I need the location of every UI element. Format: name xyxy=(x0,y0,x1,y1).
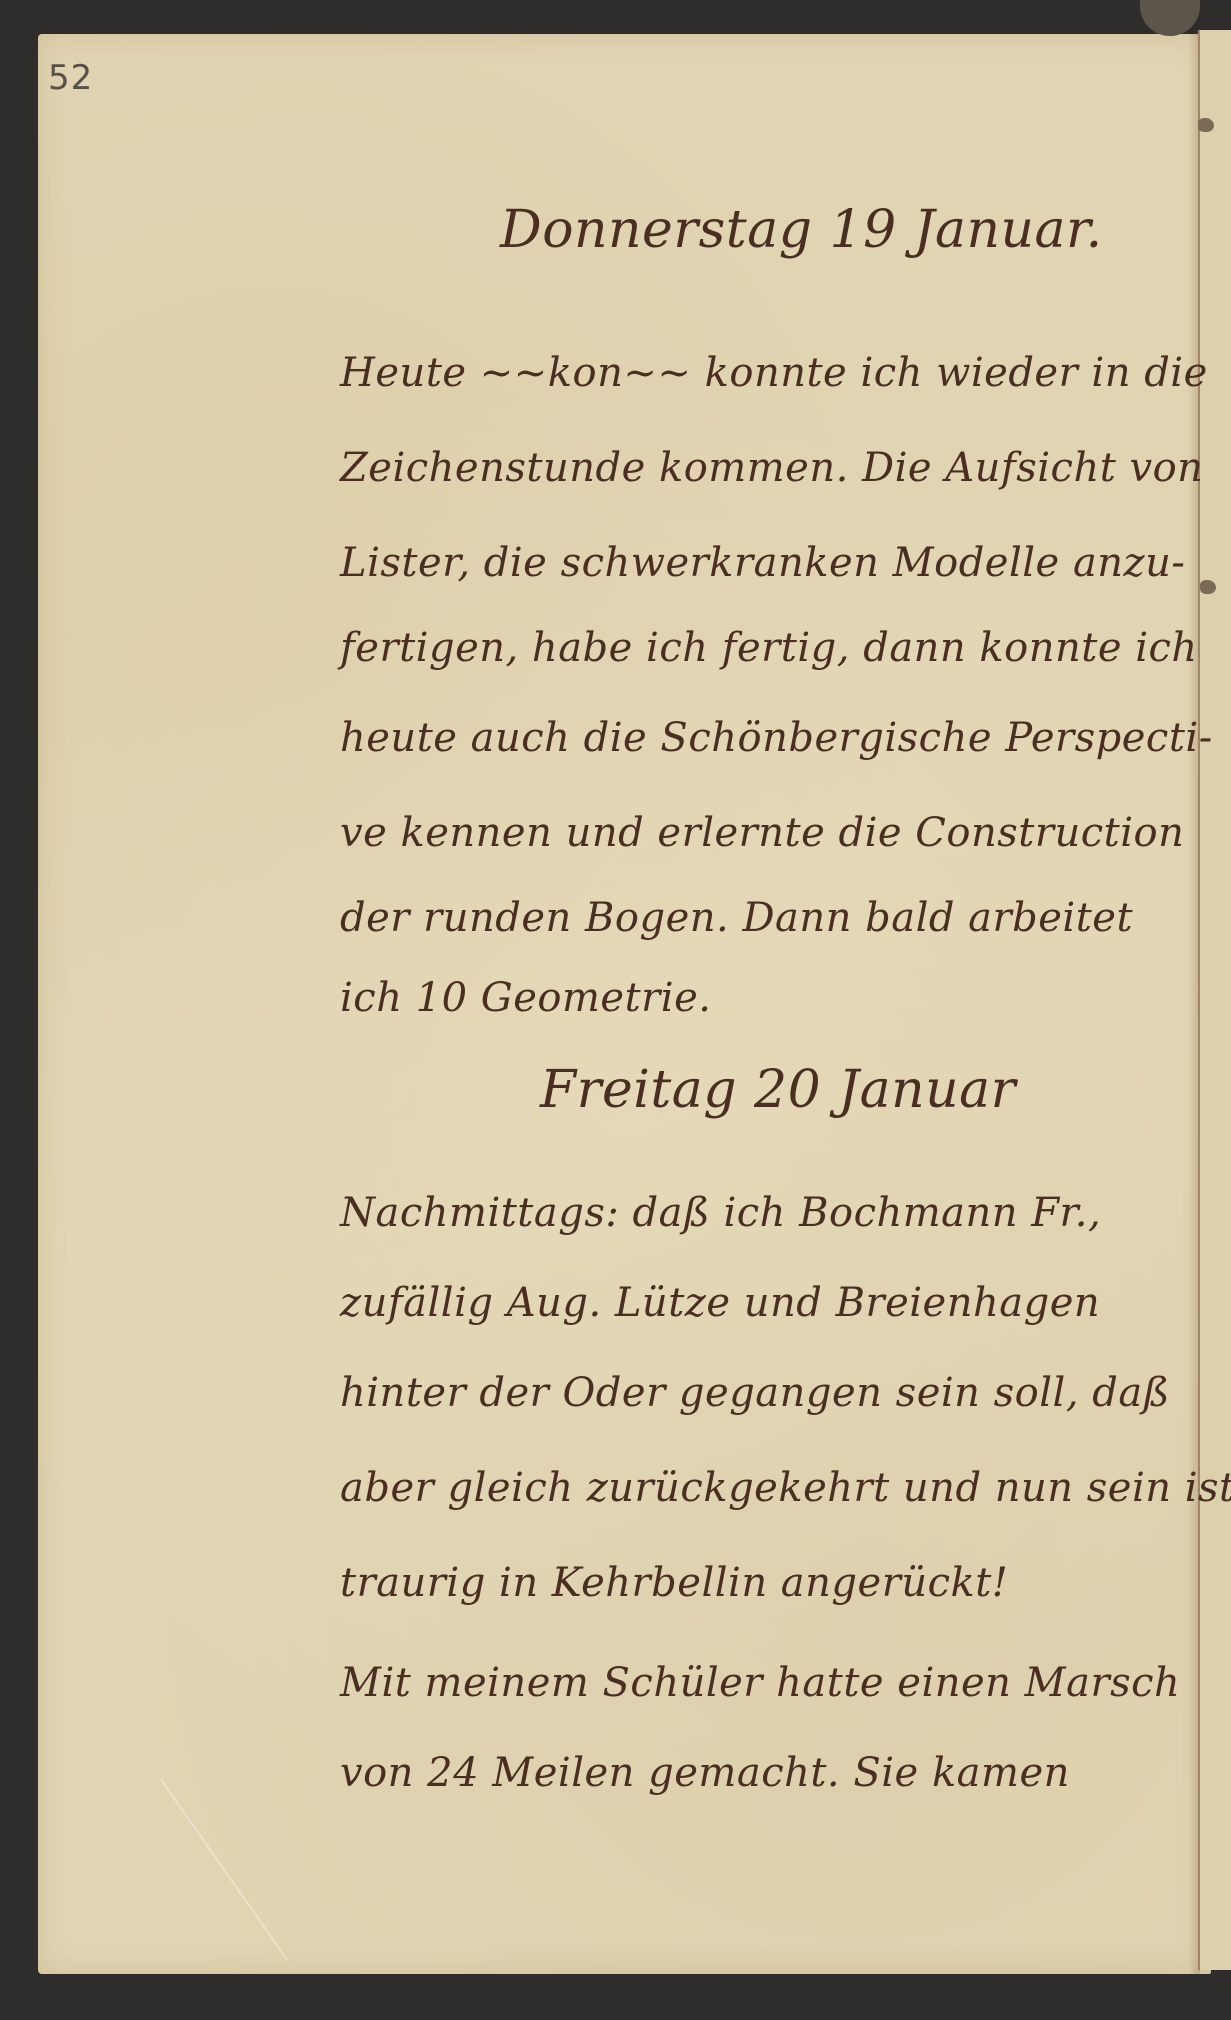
entry-line: Zeichenstunde kommen. Die Aufsicht von xyxy=(340,445,1203,491)
entry-line: Mit meinem Schüler hatte einen Marsch xyxy=(340,1660,1180,1706)
entry-line: ve kennen und erlernte die Construction xyxy=(340,810,1184,856)
entry-line: ich 10 Geometrie. xyxy=(340,975,711,1021)
entry-line: zufällig Aug. Lütze und Breienhagen xyxy=(340,1280,1100,1326)
entry-line: von 24 Meilen gemacht. Sie kamen xyxy=(340,1750,1070,1796)
entry-line: Nachmittags: daß ich Bochmann Fr., xyxy=(340,1190,1101,1236)
entry-line: Lister, die schwerkranken Modelle anzu- xyxy=(340,540,1185,586)
page-tear-mark xyxy=(1198,118,1214,132)
entry-line: fertigen, habe ich fertig, dann konnte i… xyxy=(340,625,1198,671)
entry-line: der runden Bogen. Dann bald arbeitet xyxy=(340,895,1133,941)
entry-line: heute auch die Schönbergische Perspecti- xyxy=(340,715,1213,761)
entry-line: hinter der Oder gegangen sein soll, daß xyxy=(340,1370,1170,1416)
entry-heading: Donnerstag 19 Januar. xyxy=(500,200,1103,260)
entry-heading: Freitag 20 Januar xyxy=(540,1060,1016,1120)
entry-line: Heute ~~kon~~ konnte ich wieder in die xyxy=(340,350,1208,396)
next-page-edge xyxy=(1198,30,1231,1970)
binding-ring xyxy=(1140,0,1200,36)
entry-line: traurig in Kehrbellin angerückt! xyxy=(340,1560,1008,1606)
page-number: 52 xyxy=(48,58,93,98)
page-tear-mark xyxy=(1200,580,1216,594)
entry-line: aber gleich zurückgekehrt und nun sein i… xyxy=(340,1465,1231,1511)
